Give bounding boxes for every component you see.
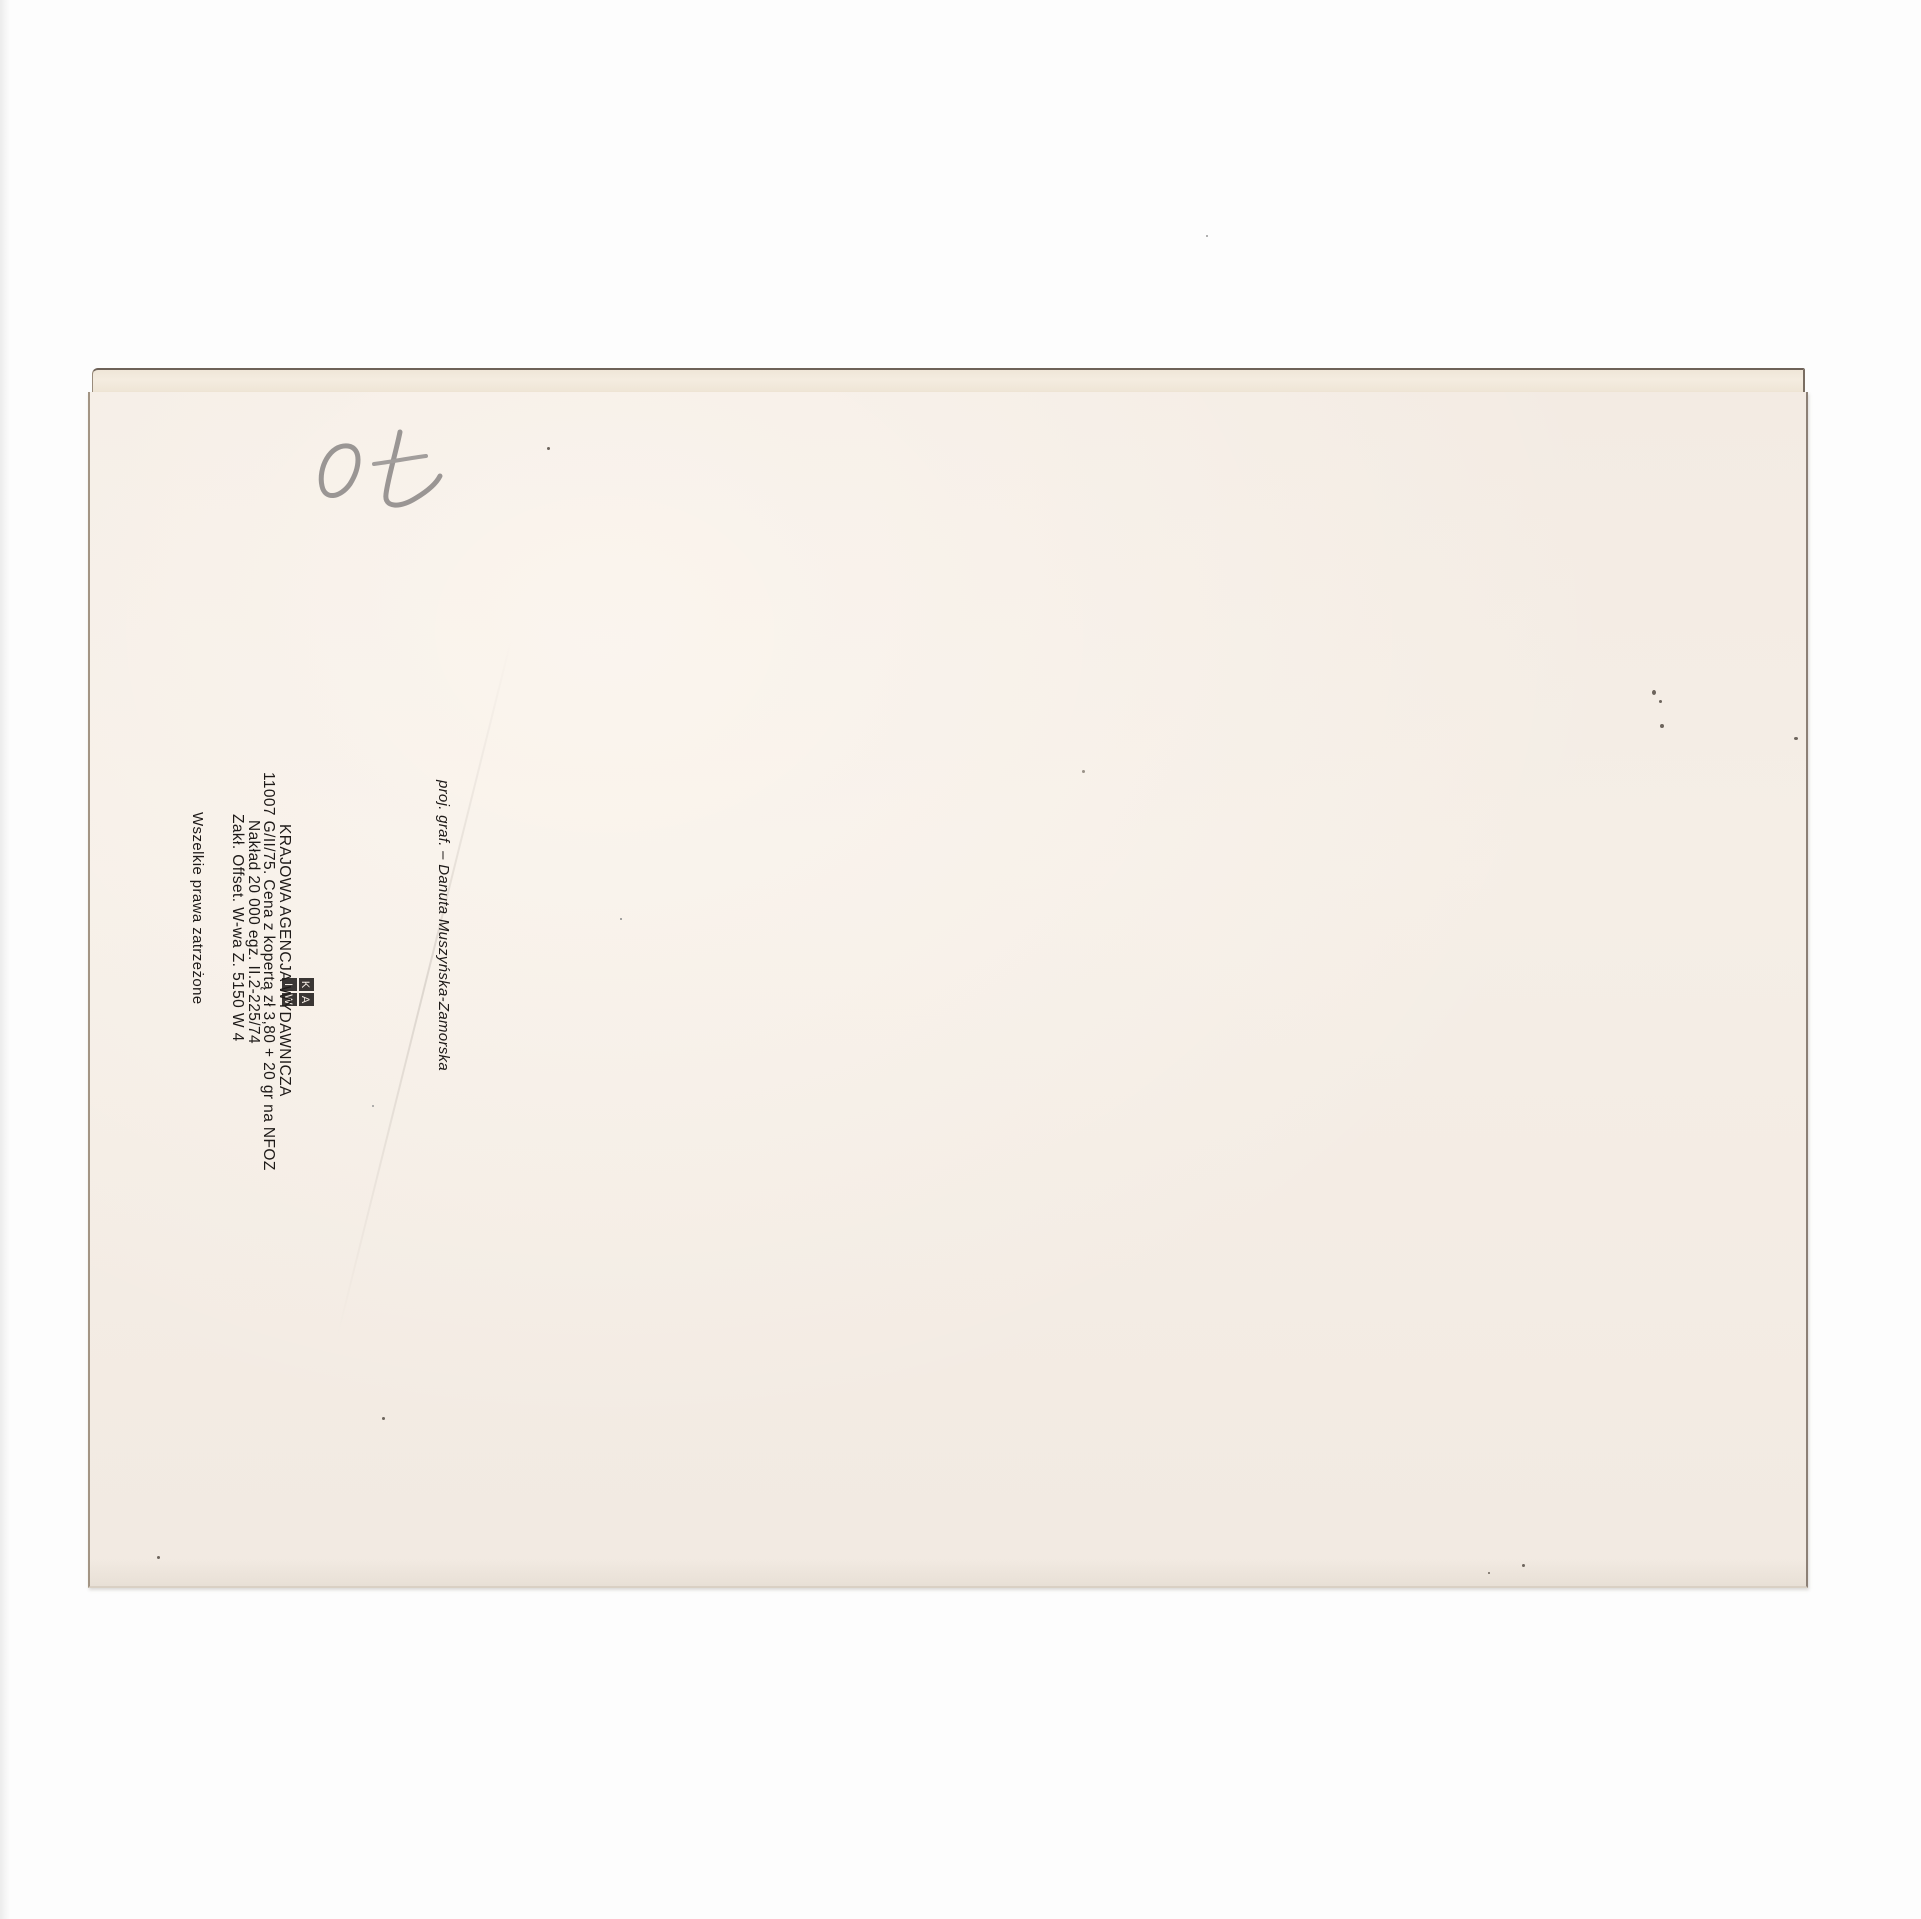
publisher-imprint: KRAJOWA AGENCJA WYDAWNICZA 11007 G/II/75… (230, 780, 292, 1300)
paper-speck (1660, 724, 1664, 728)
scan-shadow (0, 0, 10, 1919)
paper-speck (157, 1556, 160, 1559)
paper-speck (1522, 1564, 1525, 1567)
paper-speck (1794, 737, 1798, 740)
paper-speck (1652, 690, 1656, 695)
paper-speck (1659, 700, 1662, 703)
print-run-line: Nakład 20 000 egz. II.2-225/74 (246, 780, 262, 1300)
pencil-handwriting: 0t (300, 428, 450, 518)
svg-text:A: A (299, 996, 311, 1004)
printer-line: Zakł. Offset. W-wa Z. 5150 W 4 (230, 780, 246, 1300)
designer-credit: proj. graf. – Danuta Muszyńska-Zamorska (435, 780, 452, 1210)
paper-speck (620, 918, 622, 920)
rights-notice: Wszelkie prawa zatrzeżone (189, 812, 206, 1005)
card-back (88, 392, 1808, 1588)
paper-speck (1082, 770, 1085, 773)
paper-speck (372, 1105, 374, 1107)
paper-speck (382, 1417, 385, 1420)
publisher-name: KRAJOWA AGENCJA WYDAWNICZA (277, 780, 293, 1300)
svg-text:K: K (299, 981, 311, 989)
catalog-price-line: 11007 G/II/75. Cena z kopertą zł 3,80 + … (261, 772, 277, 1300)
paper-speck (547, 447, 550, 450)
card-bottom-edge (90, 1558, 1806, 1586)
paper-speck (1488, 1572, 1490, 1574)
paper-speck (1206, 235, 1208, 237)
